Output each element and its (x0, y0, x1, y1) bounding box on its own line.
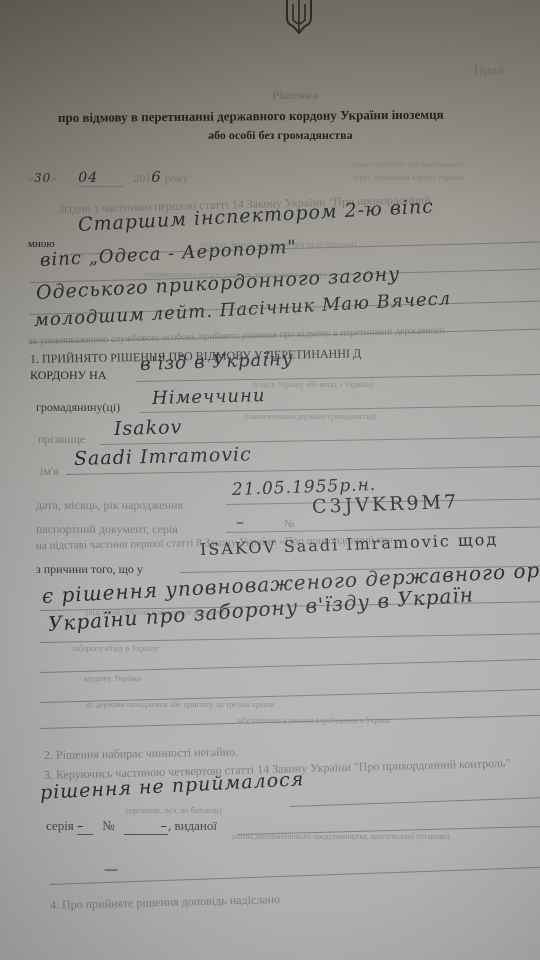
officer-hand-line2: віпс „Одеса - Аеропорт" (39, 237, 297, 271)
right-note-line2: через державний кордон України (352, 173, 465, 182)
blank-dash: — (104, 862, 119, 878)
surname-label: прізвище (38, 432, 85, 447)
reason-line4 (40, 659, 540, 673)
reason-caption4: до держави походження або транзиту до тр… (86, 700, 274, 709)
issued-label: , виданої (168, 818, 217, 833)
name-label: ім'я (40, 464, 59, 479)
passport-number-label: № (284, 518, 295, 530)
by-me-label: мною (28, 238, 55, 250)
reason-caption3: кордону України (84, 674, 141, 683)
date-year-hand: 6 (151, 168, 162, 186)
surname-value: Isakov (114, 416, 183, 440)
item4-text: 4. Про прийняте рішення доповідь надісла… (50, 892, 280, 913)
passport-number: C3JVKR9M7 (312, 491, 460, 518)
series-value: – (77, 819, 93, 835)
citizen-label: громадянину(ці) (36, 400, 120, 415)
document-title-word: Рішення (272, 88, 318, 103)
number-label: № (102, 818, 114, 833)
item3-caption: (прізвище, ім'я, по батькові) (126, 806, 222, 815)
officer-caption3: як уповноваженою службовою особою, прийн… (28, 325, 445, 347)
document-date: «30» 04 2016 року (28, 168, 189, 187)
issued-row: серія – № –, виданої (46, 818, 217, 835)
passport-label: паспортний документ, серія (36, 522, 178, 537)
annex-label: Прил (474, 62, 503, 78)
series-label: серія (46, 818, 74, 833)
date-month: 04 (78, 170, 124, 187)
bottom-line (50, 867, 540, 885)
right-note-line1: пункт пропуску для повітряного (352, 160, 462, 169)
citizen-caption: (найменування держави громадянства) (244, 412, 377, 421)
document-title-line1: про відмову в перетинанні державного кор… (58, 107, 444, 126)
date-year-prefix: 201 (133, 171, 151, 185)
citizen-value: Німеччини (152, 385, 266, 409)
dob-label: дата, місяць, рік народження (36, 498, 183, 513)
item2-text: 2. Рішення набирає чинності негайно. (44, 745, 238, 763)
reason-label: з причини того, що у (36, 562, 143, 577)
document-title-line2: або особі без громадянства (208, 128, 353, 143)
reason-line3 (40, 633, 540, 643)
passport-series: – (236, 512, 245, 531)
date-day: 30 (34, 171, 51, 185)
border-caption: (в'їзд в Україну або виїзд з України) (252, 380, 374, 389)
border-label: КОРДОНУ НА (30, 368, 107, 383)
number-value: – (124, 819, 168, 835)
name-value: Saadi Imramovic (74, 443, 252, 470)
issued-caption: (назва дипломатичного представництва, ко… (232, 832, 450, 841)
date-year-suffix: року (165, 171, 189, 185)
item3-line (290, 797, 540, 807)
trident-coat-of-arms-icon (284, 0, 314, 34)
reason-caption5: забезпечення в режимі перебування в Укра… (236, 716, 391, 725)
reason-hand-line1: ISAKOV Saadi Imramovic щод (200, 530, 499, 559)
border-value: в'їзд в Україну (140, 349, 294, 375)
reason-caption2: заборону в'їзду в Україну (72, 644, 158, 653)
